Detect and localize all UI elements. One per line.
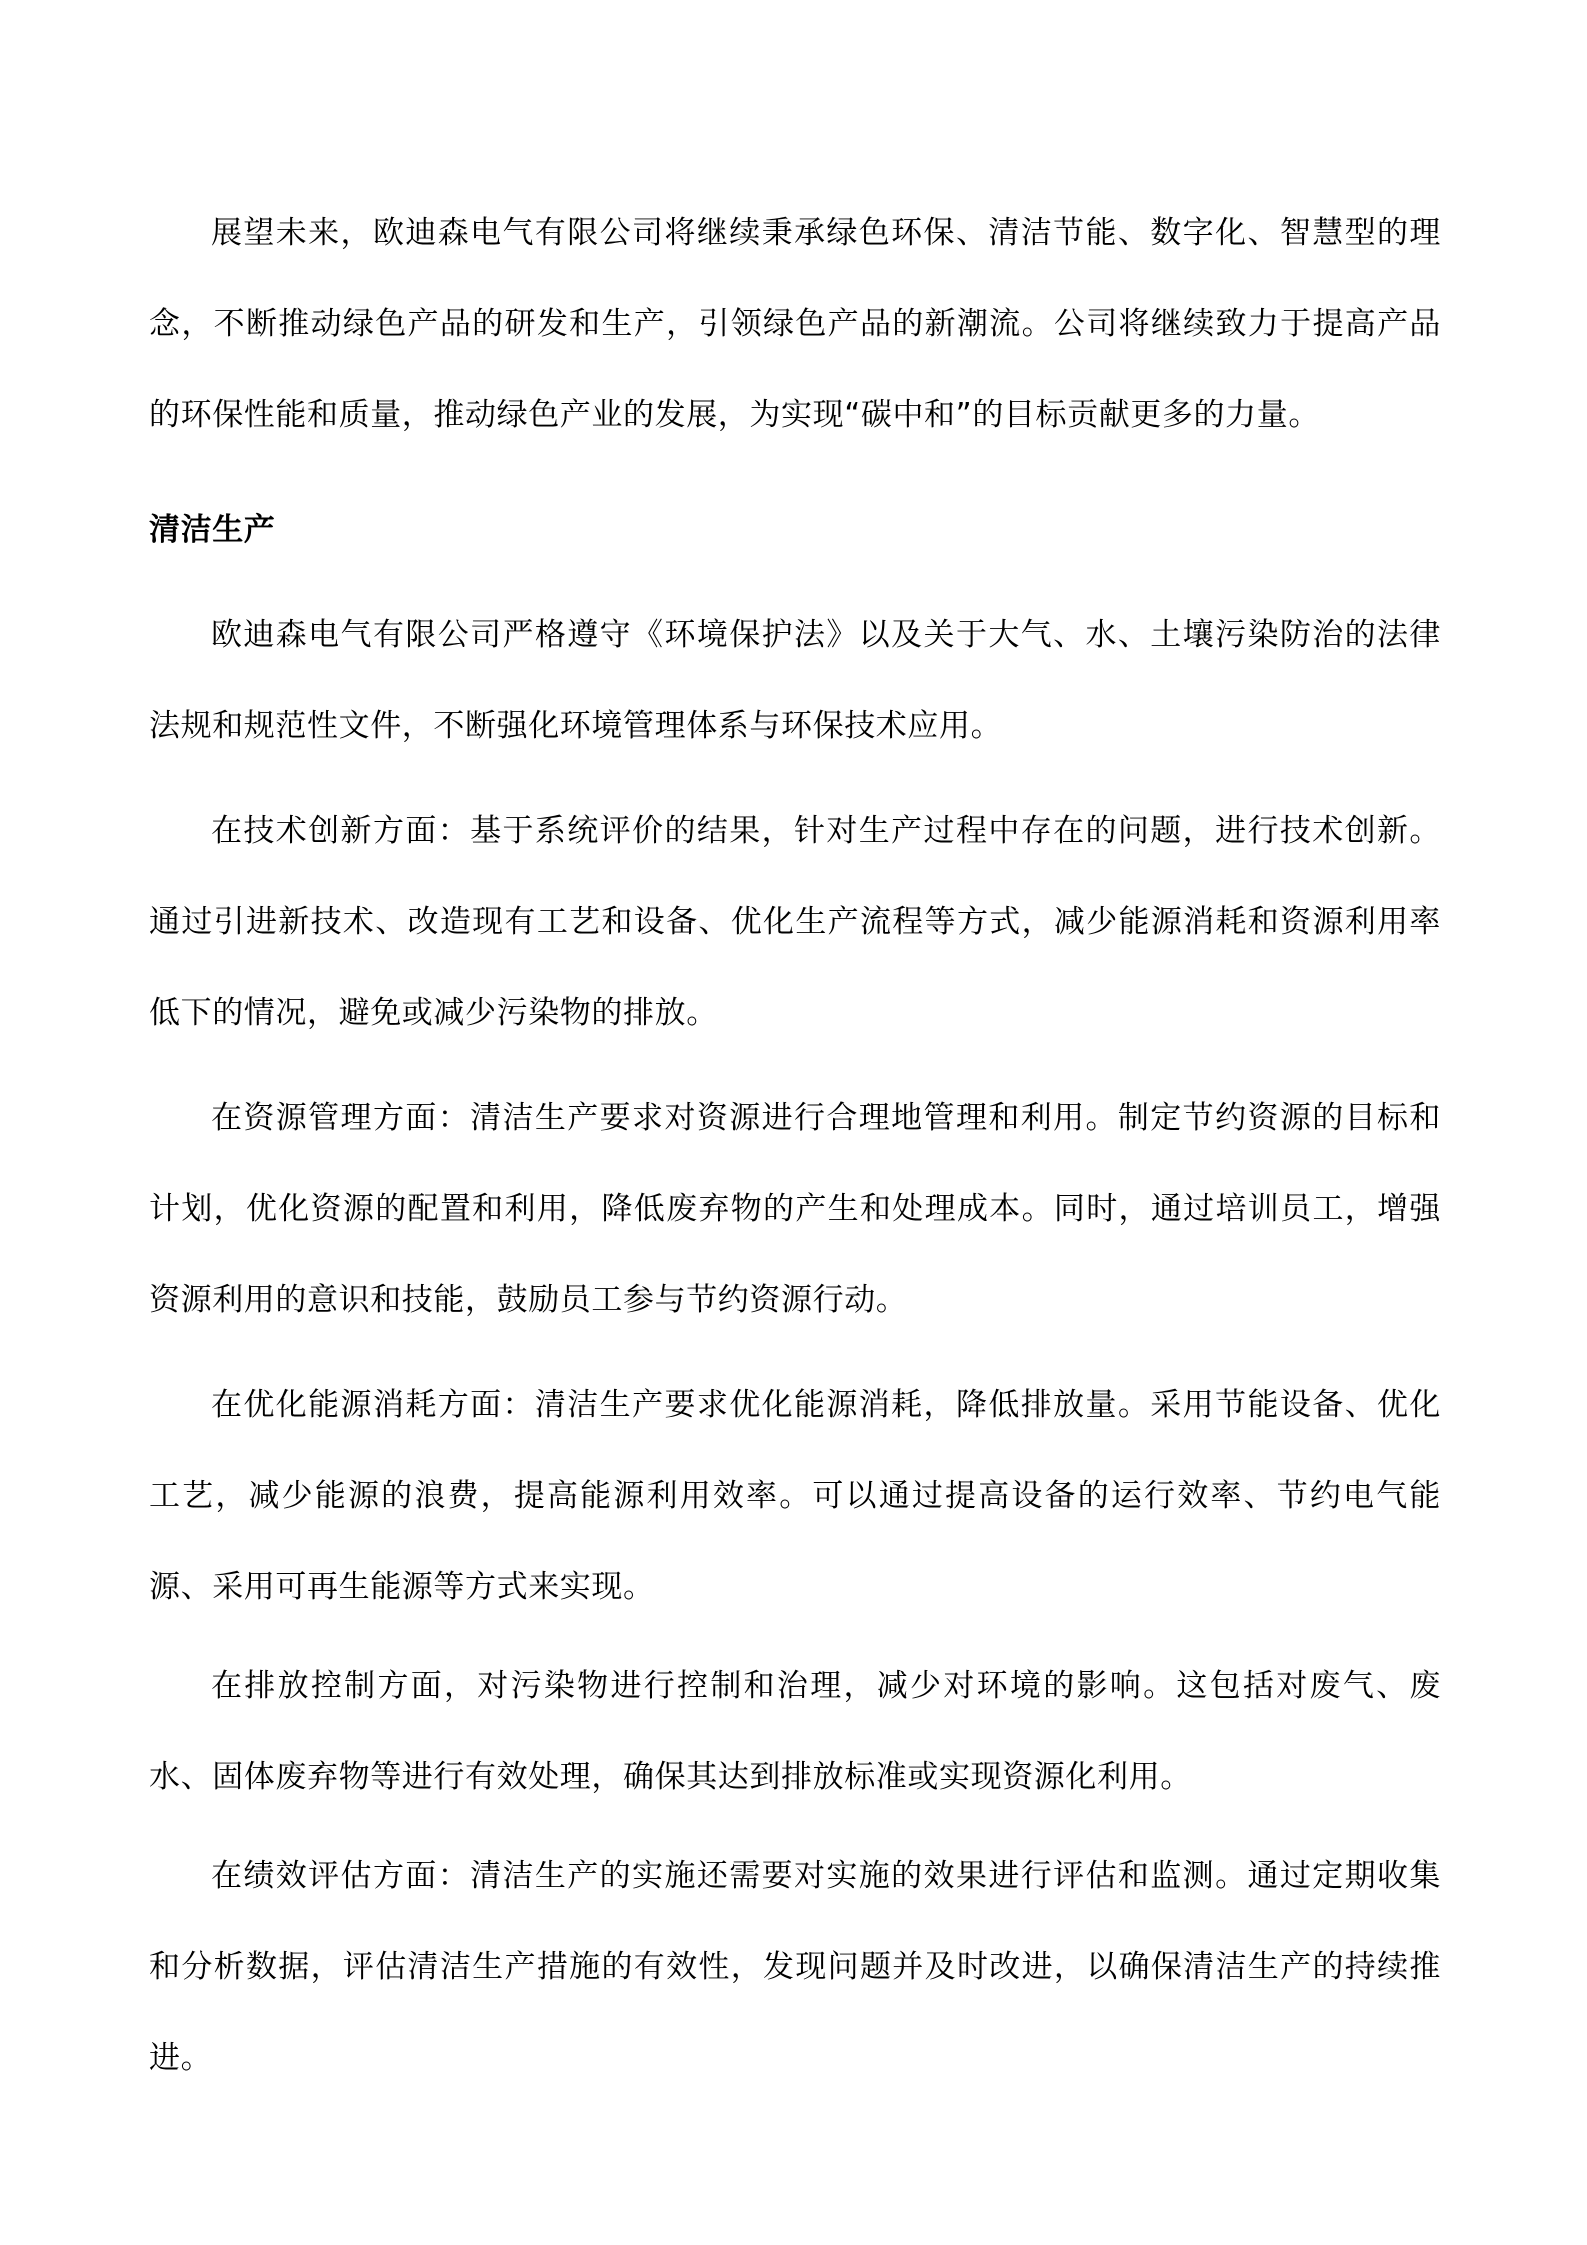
paragraph-technical-innovation: 在技术创新方面：基于系统评价的结果，针对生产过程中存在的问题，进行技术创新。通过… (149, 786, 1441, 1059)
spacer (149, 1633, 1441, 1641)
paragraph-energy-optimization: 在优化能源消耗方面：清洁生产要求优化能源消耗，降低排放量。采用节能设备、优化工艺… (149, 1360, 1441, 1633)
paragraph-compliance: 欧迪森电气有限公司严格遵守《环境保护法》以及关于大气、水、土壤污染防治的法律法规… (149, 590, 1441, 772)
spacer (149, 1059, 1441, 1073)
spacer (149, 576, 1441, 590)
spacer (149, 1823, 1441, 1831)
document-page: 展望未来，欧迪森电气有限公司将继续秉承绿色环保、清洁节能、数字化、智慧型的理念，… (149, 188, 1441, 2104)
intro-paragraph: 展望未来，欧迪森电气有限公司将继续秉承绿色环保、清洁节能、数字化、智慧型的理念，… (149, 188, 1441, 461)
paragraph-performance-evaluation: 在绩效评估方面：清洁生产的实施还需要对实施的效果进行评估和监测。通过定期收集和分… (149, 1831, 1441, 2104)
paragraph-resource-management: 在资源管理方面：清洁生产要求对资源进行合理地管理和利用。制定节约资源的目标和计划… (149, 1073, 1441, 1346)
spacer (149, 461, 1441, 485)
section-heading-clean-production: 清洁生产 (149, 485, 1441, 576)
paragraph-emission-control: 在排放控制方面，对污染物进行控制和治理，减少对环境的影响。这包括对废气、废水、固… (149, 1641, 1441, 1823)
spacer (149, 772, 1441, 786)
spacer (149, 1346, 1441, 1360)
